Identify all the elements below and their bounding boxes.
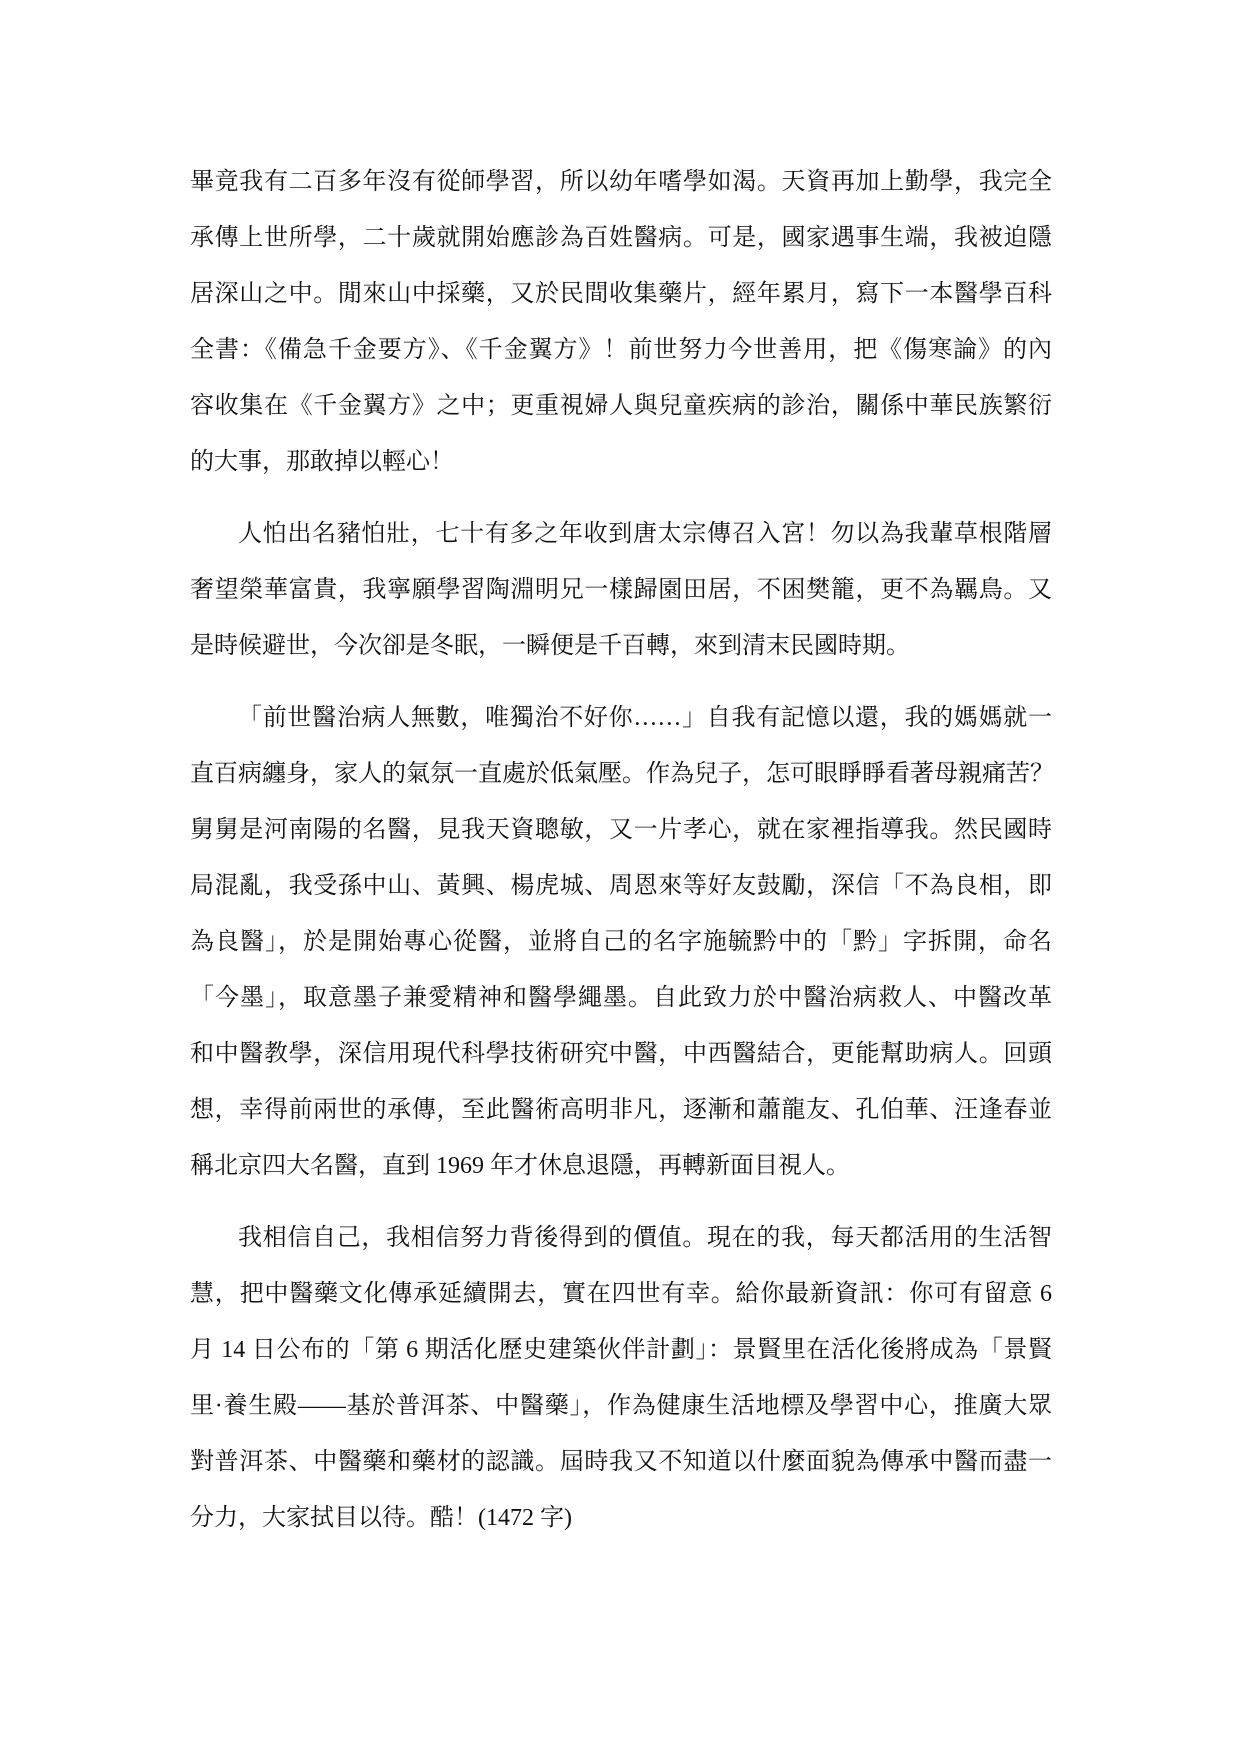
text-line: 稱北京四大名醫，直到 1969 年才休息退隱，再轉新面目視人。 [190, 1138, 1052, 1194]
paragraph-1: 畢竟我有二百多年沒有從師學習，所以幼年嗜學如渴。天資再加上勤學，我完全 承傳上世… [190, 154, 1052, 490]
text-line: 承傳上世所學，二十歲就開始應診為百姓醫病。可是，國家遇事生端，我被迫隱 [190, 210, 1052, 266]
text-line: 是時候避世，今次卻是冬眠，一瞬便是千百轉，來到清末民國時期。 [190, 618, 1052, 674]
text-line: 里·養生殿——基於普洱茶、中醫藥」，作為健康生活地標及學習中心，推廣大眾 [190, 1378, 1052, 1434]
text-line: 人怕出名豬怕壯，七十有多之年收到唐太宗傳召入宮！勿以為我輩草根階層 [190, 506, 1052, 562]
text-line: 想，幸得前兩世的承傳，至此醫術高明非凡，逐漸和蕭龍友、孔伯華、汪逢春並 [190, 1082, 1052, 1138]
text-line: 慧，把中醫藥文化傳承延續開去，實在四世有幸。給你最新資訊：你可有留意 6 [190, 1266, 1052, 1322]
text-line: 全書：《備急千金要方》、《千金翼方》！前世努力今世善用，把《傷寒論》的內 [190, 322, 1052, 378]
text-line: 奢望榮華富貴，我寧願學習陶淵明兄一樣歸園田居，不困樊籠，更不為羈鳥。又 [190, 562, 1052, 618]
text-line: 為良醫」，於是開始專心從醫，並將自己的名字施毓黔中的「黔」字拆開，命名 [190, 914, 1052, 970]
text-line: 「今墨」，取意墨子兼愛精神和醫學繩墨。自此致力於中醫治病救人、中醫改革 [190, 970, 1052, 1026]
text-line: 直百病纏身，家人的氣氛一直處於低氣壓。作為兒子，怎可眼睜睜看著母親痛苦？ [190, 746, 1052, 802]
paragraph-2: 人怕出名豬怕壯，七十有多之年收到唐太宗傳召入宮！勿以為我輩草根階層 奢望榮華富貴… [190, 506, 1052, 674]
text-line: 局混亂，我受孫中山、黃興、楊虎城、周恩來等好友鼓勵，深信「不為良相，即 [190, 858, 1052, 914]
text-line: 對普洱茶、中醫藥和藥材的認識。屆時我又不知道以什麼面貌為傳承中醫而盡一 [190, 1434, 1052, 1490]
text-line: 居深山之中。閒來山中採藥，又於民間收集藥片，經年累月，寫下一本醫學百科 [190, 266, 1052, 322]
document-page: 畢竟我有二百多年沒有從師學習，所以幼年嗜學如渴。天資再加上勤學，我完全 承傳上世… [190, 154, 1052, 1562]
text-line: 我相信自己，我相信努力背後得到的價值。現在的我，每天都活用的生活智 [190, 1210, 1052, 1266]
text-line: 的大事，那敢掉以輕心！ [190, 434, 1052, 490]
text-line: 畢竟我有二百多年沒有從師學習，所以幼年嗜學如渴。天資再加上勤學，我完全 [190, 154, 1052, 210]
paragraph-3: 「前世醫治病人無數，唯獨治不好你……」自我有記憶以還，我的媽媽就一 直百病纏身，… [190, 690, 1052, 1194]
text-line: 分力，大家拭目以待。酷！(1472 字) [190, 1490, 1052, 1546]
paragraph-4: 我相信自己，我相信努力背後得到的價值。現在的我，每天都活用的生活智 慧，把中醫藥… [190, 1210, 1052, 1546]
text-line: 和中醫教學，深信用現代科學技術研究中醫，中西醫結合，更能幫助病人。回頭 [190, 1026, 1052, 1082]
text-line: 容收集在《千金翼方》之中；更重視婦人與兒童疾病的診治，關係中華民族繁衍 [190, 378, 1052, 434]
text-line: 月 14 日公布的「第 6 期活化歷史建築伙伴計劃」：景賢里在活化後將成為「景賢 [190, 1322, 1052, 1378]
text-line: 舅舅是河南陽的名醫，見我天資聰敏，又一片孝心，就在家裡指導我。然民國時 [190, 802, 1052, 858]
text-line: 「前世醫治病人無數，唯獨治不好你……」自我有記憶以還，我的媽媽就一 [190, 690, 1052, 746]
